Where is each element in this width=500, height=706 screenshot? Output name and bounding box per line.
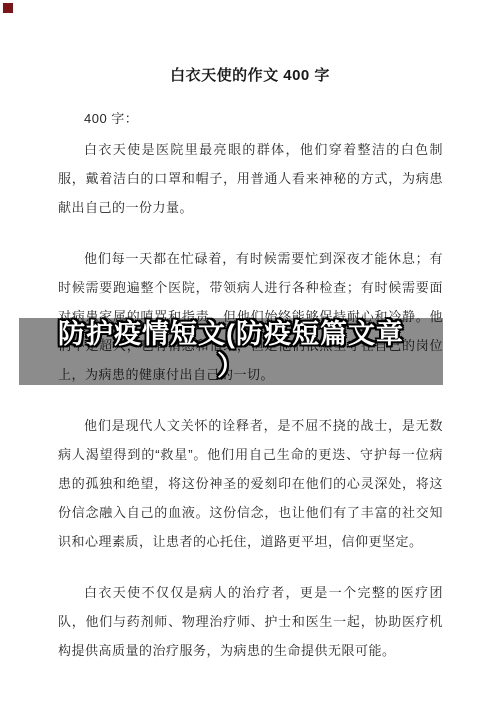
article-body: 400 字： 白衣天使是医院里最亮眼的群体，他们穿着整洁的白色制服，戴着洁白的口… [58,104,443,687]
paragraph-1: 白衣天使是医院里最亮眼的群体，他们穿着整洁的白色制服，戴着洁白的口罩和帽子，用普… [58,135,443,222]
word-count-label: 400 字： [58,104,443,133]
document-page: 白衣天使的作文 400 字 400 字： 白衣天使是医院里最亮眼的群体，他们穿着… [0,0,500,706]
paragraph-2: 他们每一天都在忙碌着，有时候需要忙到深夜才能休息；有时候需要跑遍整个医院，带领病… [58,244,443,389]
red-corner-marker [3,3,13,13]
article-title: 白衣天使的作文 400 字 [0,64,500,85]
paragraph-4: 白衣天使不仅仅是病人的治疗者，更是一个完整的医疗团队，他们与药剂师、物理治疗师、… [58,578,443,665]
paragraph-3: 他们是现代人文关怀的诠释者，是不屈不挠的战士，是无数病人渴望得到的“救星”。他们… [58,411,443,556]
